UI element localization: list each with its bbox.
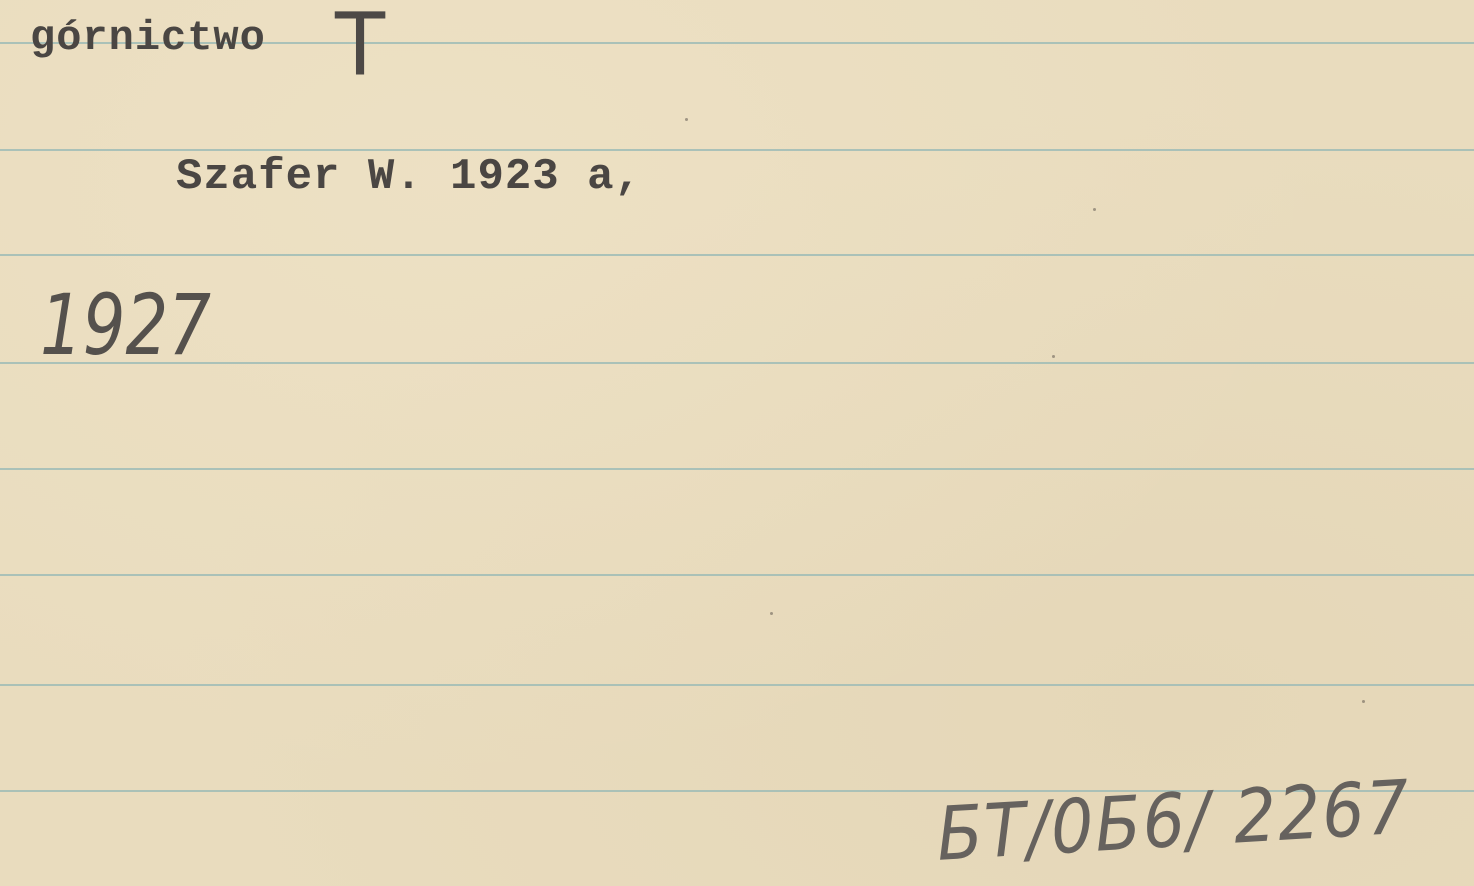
subject-heading: górnictwo	[30, 14, 266, 62]
paper-speck	[1093, 208, 1096, 211]
catalog-card: górnictwo T Szafer W. 1923 a, 1927 БТ/0Б…	[0, 0, 1474, 886]
citation-text: Szafer W. 1923 a,	[176, 152, 642, 202]
handwritten-year: 1927	[40, 276, 211, 374]
paper-speck	[1362, 700, 1365, 703]
paper-speck	[685, 118, 688, 121]
ruled-line	[0, 254, 1474, 256]
paper-speck	[1052, 355, 1055, 358]
ruled-line	[0, 468, 1474, 470]
paper-speck	[770, 612, 773, 615]
ruled-line	[0, 149, 1474, 151]
ruled-line	[0, 574, 1474, 576]
handwritten-t-mark: T	[335, 0, 385, 95]
ruled-line	[0, 684, 1474, 686]
handwritten-shelfmark: БТ/0Б6/ 2267	[935, 764, 1412, 877]
ruled-line	[0, 362, 1474, 364]
